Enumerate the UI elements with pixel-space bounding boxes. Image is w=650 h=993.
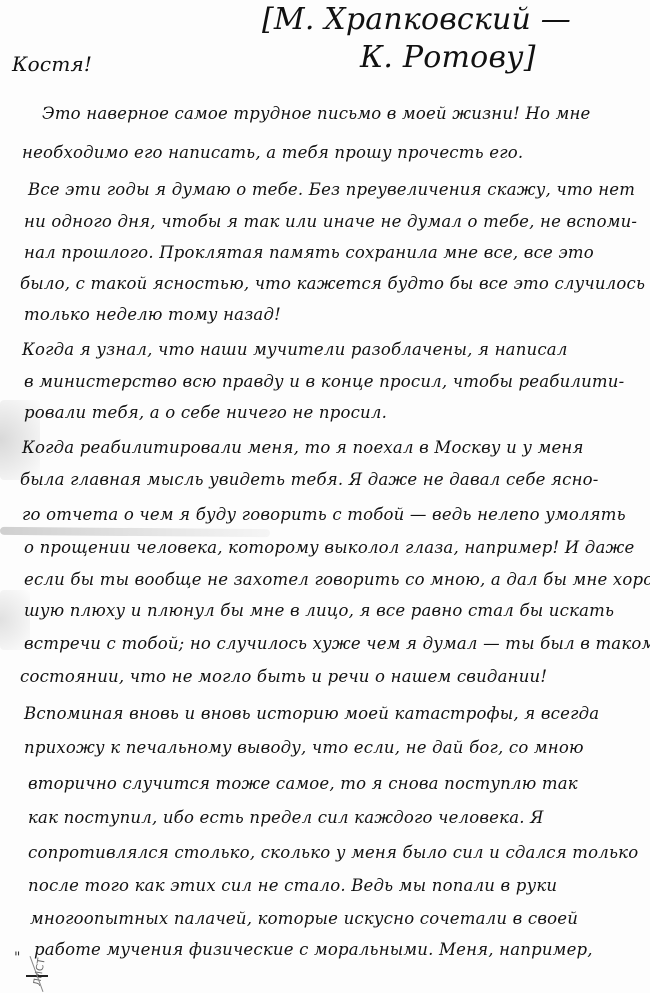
letter-line: прихожу к печальному выводу, что если, н… (24, 738, 584, 757)
letter-line: Когда реабилитировали меня, то я поехал … (22, 438, 584, 457)
letter-line: шую плюху и плюнул бы мне в лицо, я все … (24, 601, 614, 620)
letter-line: о прощении человека, которому выколол гл… (24, 538, 634, 557)
letter-line: встречи с тобой; но случилось хуже чем я… (24, 634, 650, 653)
salutation: Костя! (12, 52, 92, 76)
header-author: [М. Храпковский — (262, 2, 571, 37)
letter-line: в министерство всю правду и в конце прос… (24, 372, 624, 391)
letter-line: Вспоминая вновь и вновь историю моей кат… (24, 704, 599, 723)
paper-smudge (0, 527, 270, 537)
letter-line: только неделю тому назад! (24, 305, 281, 324)
letter-line: ни одного дня, чтобы я так или иначе не … (24, 212, 637, 231)
letter-line: если бы ты вообще не захотел говорить со… (24, 570, 650, 589)
letter-line: Все эти годы я думаю о тебе. Без преувел… (28, 180, 635, 199)
letter-line: работе мучения физические с моральными. … (34, 940, 593, 959)
letter-line: была главная мысль увидеть тебя. Я даже … (20, 470, 599, 489)
letter-line: состоянии, что не могло быть и речи о на… (20, 667, 547, 686)
letter-line: сопротивлялся столько, сколько у меня бы… (28, 843, 638, 862)
archive-mark-quote: " (14, 950, 20, 966)
letter-line: ровали тебя, а о себе ничего не просил. (24, 403, 387, 422)
letter-line: го отчета о чем я буду говорить с тобой … (22, 505, 626, 524)
letter-line: необходимо его написать, а тебя прошу пр… (22, 143, 523, 162)
letter-line: многоопытных палачей, которые искусно со… (30, 909, 578, 928)
letter-line: после того как этих сил не стало. Ведь м… (28, 876, 557, 895)
letter-line: было, с такой ясностью, что кажется будт… (20, 274, 645, 293)
letter-page: [М. Храпковский — К. Ротову] Костя! Это … (0, 0, 650, 993)
letter-line: Это наверное самое трудное письмо в моей… (42, 104, 591, 123)
header-recipient: К. Ротову] (360, 40, 536, 75)
letter-line: нал прошлого. Проклятая память сохранила… (24, 243, 594, 262)
letter-line: как поступил, ибо есть предел сил каждог… (28, 808, 544, 827)
letter-line: вторично случится тоже самое, то я снова… (28, 774, 578, 793)
letter-line: Когда я узнал, что наши мучители разобла… (22, 340, 568, 359)
